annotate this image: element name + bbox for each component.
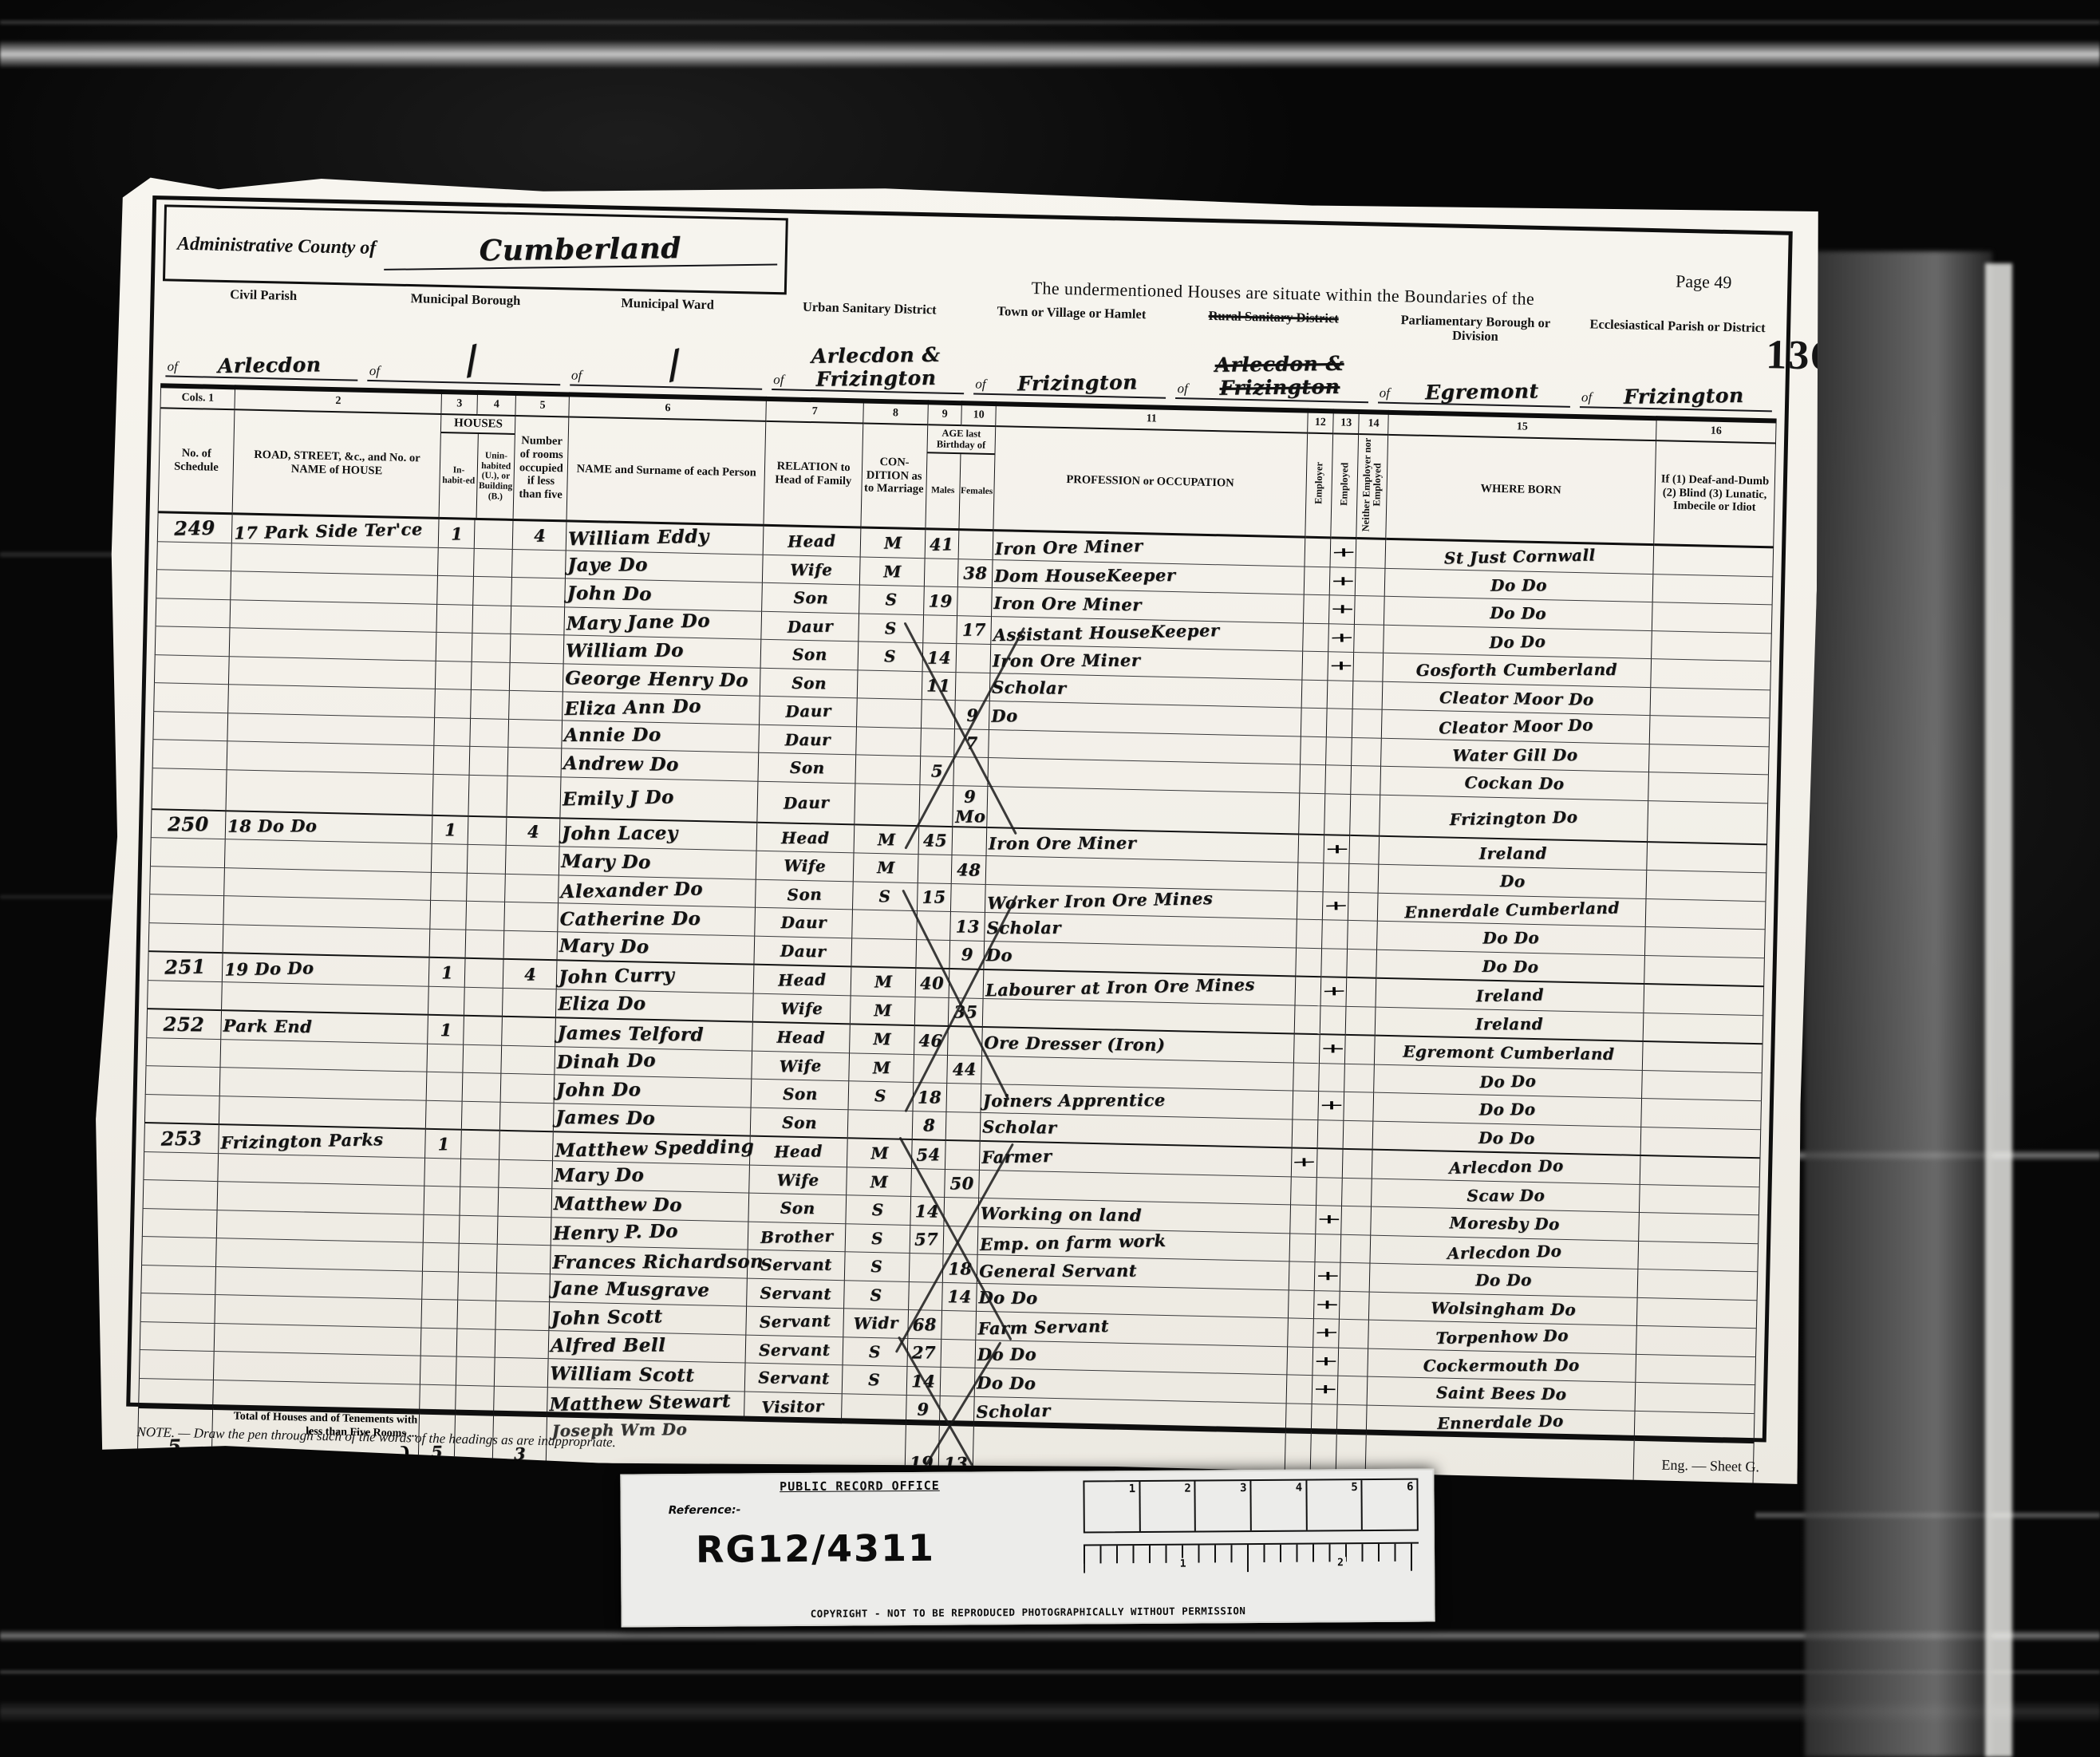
cell-employed-mark: +: [1313, 1319, 1340, 1348]
cell-relation: Servant: [745, 1335, 843, 1365]
cell-inhabited: [436, 661, 472, 689]
cell-rooms: [495, 1301, 550, 1330]
cell-address: [228, 685, 436, 717]
cell-condition: [855, 783, 920, 825]
cell-relation: Servant: [745, 1363, 843, 1393]
cell-name-value: John Do: [567, 582, 653, 605]
cell-where-born-value: Saint Bees Do: [1436, 1383, 1567, 1404]
cell-condition-value: S: [870, 1285, 882, 1305]
cell-inhabited: [436, 632, 472, 661]
district-value: Arlecdon & Frizington: [788, 342, 963, 391]
of-word: of: [571, 367, 582, 383]
cell-name: Emily J Do: [560, 776, 758, 822]
cell-address: [222, 981, 429, 1015]
film-streak: [0, 19, 2100, 26]
cell-inhabited: [432, 774, 469, 815]
header-employer: Employer: [1305, 433, 1332, 538]
cell-schedule-value: 252: [164, 1013, 205, 1036]
cell-infirmity: [1636, 1297, 1757, 1329]
cell-uninhabited: [474, 519, 513, 549]
cell-condition: Widr: [843, 1309, 909, 1338]
header-schedule: No. of Schedule: [158, 408, 235, 514]
cell-condition: M: [859, 556, 925, 586]
cell-inhabited: [424, 1158, 460, 1186]
cell-employed-mark: [1324, 793, 1352, 835]
cell-condition-value: S: [871, 1229, 883, 1248]
cell-uninhabited: [455, 1385, 494, 1415]
district-field-0: Civil ParishofArlecdon: [160, 284, 365, 382]
cell-relation-value: Brother: [760, 1226, 834, 1247]
cell-rooms: [508, 747, 562, 776]
cell-address: [216, 1210, 424, 1242]
cell-relation-value: Son: [783, 1084, 818, 1104]
cell-relation-value: Servant: [759, 1311, 831, 1332]
cell-rooms: [501, 1045, 555, 1075]
cell-address-value: Park End: [223, 1015, 313, 1036]
cell-employer-mark: [1304, 567, 1330, 595]
cell-where-born-value: Do Do: [1482, 957, 1539, 977]
cell-relation-value: Head: [787, 531, 836, 551]
cell-condition: [852, 910, 918, 939]
cell-infirmity: [1637, 1269, 1758, 1300]
cell-rooms: [506, 845, 560, 875]
district-label: Urban Sanitary District: [773, 299, 966, 318]
cell-relation-value: Wife: [784, 856, 826, 876]
cell-infirmity: [1652, 630, 1772, 661]
film-streak: [0, 1669, 2100, 1675]
census-rows: 24917 Park Side Ter'ce14William EddyHead…: [139, 512, 1774, 1443]
cell-relation-value: Head: [781, 828, 830, 847]
cell-occupation-value: Iron Ore Miner: [993, 593, 1142, 614]
cell-uninhabited: [470, 689, 509, 719]
cell-name: William Scott: [548, 1359, 746, 1392]
cell-employed-mark-value: +: [1320, 1039, 1344, 1060]
film-strip: [1985, 263, 2012, 1757]
cell-uninhabited: [465, 930, 504, 959]
cell-employed-mark: [1325, 765, 1352, 794]
cell-relation-value: Son: [780, 1198, 815, 1218]
cell-name: Andrew Do: [561, 748, 759, 781]
cell-relation-value: Servant: [758, 1368, 830, 1388]
cell-rooms: [500, 1102, 555, 1131]
cell-condition: S: [843, 1280, 909, 1309]
cell-name: John Do: [554, 1075, 752, 1108]
cell-address-value: 19 Do Do: [224, 957, 314, 979]
cell-condition-value: M: [874, 972, 892, 991]
cell-employed-mark: [1317, 1119, 1344, 1149]
cell-rooms: [505, 874, 559, 903]
sheet-code: Eng. — Sheet G.: [1661, 1457, 1759, 1476]
census-form: Administrative County of Cumberland The …: [126, 195, 1793, 1442]
cell-age-male-value: 40: [920, 973, 945, 993]
cell-address: [231, 543, 439, 575]
cell-neither-mark: [1350, 794, 1380, 835]
header-name: NAME and Surname of each Person: [566, 417, 766, 525]
cell-condition: M: [847, 1167, 912, 1196]
cell-age-male-value: 57: [914, 1229, 939, 1250]
cell-name: Eliza Ann Do: [562, 692, 760, 725]
col-number-16: 16: [1656, 418, 1776, 443]
cell-age-female: [952, 827, 986, 856]
cell-employed-mark: +: [1324, 835, 1350, 864]
cell-relation-value: Daur: [785, 701, 831, 721]
cell-uninhabited: [460, 1130, 499, 1159]
col-number-7: 7: [766, 399, 863, 424]
cell-uninhabited: [460, 1186, 499, 1216]
cell-schedule: [153, 711, 228, 741]
cell-employed-mark: +: [1314, 1290, 1340, 1319]
cell-schedule: [142, 1237, 217, 1267]
cell-condition: M: [849, 1052, 914, 1082]
of-word: of: [1177, 381, 1188, 397]
col-number-12: 12: [1307, 411, 1333, 434]
cell-age-male: [924, 558, 958, 586]
cell-age-female: [956, 644, 990, 673]
cell-infirmity: [1649, 716, 1770, 747]
cell-employed-mark-value: +: [1324, 839, 1348, 859]
cell-uninhabited: [457, 1300, 496, 1329]
cell-employed-mark: +: [1312, 1347, 1339, 1376]
cell-rooms: [510, 662, 564, 692]
cell-where-born-value: Cockan Do: [1464, 773, 1564, 794]
cell-address: [218, 1153, 425, 1186]
cell-where-born-value: Do Do: [1479, 1071, 1536, 1092]
cell-employer-mark: [1298, 793, 1325, 835]
cell-age-female: 44: [947, 1055, 981, 1084]
cell-address: [213, 1380, 420, 1413]
cm-ruler: 12: [1084, 1542, 1419, 1578]
cell-relation: Wife: [763, 555, 860, 585]
cell-uninhabited: [467, 844, 506, 874]
record-office-plate: PUBLIC RECORD OFFICE Reference:- RG12/43…: [620, 1468, 1435, 1627]
district-value-line: ofFrizington: [973, 356, 1166, 399]
col-number-10: 10: [961, 403, 996, 426]
cell-relation: Son: [762, 582, 859, 613]
cell-relation-value: Daur: [780, 913, 826, 932]
cell-employed-mark: [1321, 948, 1348, 977]
cell-relation-value: Daur: [784, 730, 830, 749]
cell-name-value: Eliza Do: [559, 993, 646, 1015]
cell-age-male-value: 8: [923, 1115, 935, 1135]
cell-name-value: John Curry: [559, 964, 675, 988]
film-streak: [0, 40, 2100, 69]
cell-employed-mark: +: [1314, 1262, 1340, 1291]
cell-where-born-value: Cleator Moor Do: [1439, 716, 1593, 738]
cell-rooms: [503, 988, 557, 1017]
cell-address-value: Frizington Parks: [220, 1129, 383, 1152]
cell-employed-mark: +: [1320, 977, 1347, 1006]
cell-address: [223, 896, 431, 929]
cell-address: 19 Do Do: [222, 953, 429, 986]
cell-employer-mark: [1287, 1318, 1313, 1347]
cell-name-value: James Do: [555, 1107, 655, 1130]
cell-infirmity: [1639, 1212, 1759, 1243]
cell-employer-mark: [1300, 736, 1326, 765]
cell-relation-value: Son: [789, 758, 824, 778]
cell-age-female: 17: [957, 615, 991, 644]
cell-schedule: [146, 1037, 221, 1068]
cell-uninhabited: [472, 633, 511, 662]
cell-address: [216, 1238, 424, 1271]
inch-mark-2: 2: [1139, 1482, 1194, 1531]
cell-name: Catherine Do: [558, 903, 756, 936]
cell-address: [223, 924, 430, 957]
cell-condition: [856, 726, 922, 756]
cell-age-male-value: 18: [918, 1087, 941, 1107]
cell-neither-mark: [1354, 624, 1384, 653]
of-word: of: [167, 358, 178, 374]
cell-relation-value: Son: [787, 884, 822, 904]
cell-where-born-value: Arlecdon Do: [1449, 1156, 1564, 1178]
cell-address: Frizington Parks: [219, 1124, 426, 1158]
cell-name-value: Matthew Stewart: [549, 1390, 731, 1415]
cell-infirmity: [1651, 659, 1771, 690]
cell-schedule: [155, 626, 230, 657]
cell-address: [215, 1266, 423, 1299]
cell-name-value: William Do: [566, 639, 684, 661]
cell-name: Annie Do: [562, 720, 760, 752]
cell-inhabited: [422, 1271, 458, 1300]
cell-neither-mark: [1348, 892, 1378, 921]
cell-employer-mark: [1286, 1375, 1312, 1404]
cell-schedule: [157, 541, 232, 571]
cell-inhabited: [437, 575, 473, 604]
cell-name-value: Andrew Do: [563, 752, 679, 776]
cell-schedule-value: 250: [168, 812, 209, 835]
cell-employer-mark: [1300, 764, 1326, 793]
cell-employed-mark: +: [1316, 1206, 1342, 1234]
header-road: ROAD, STREET, &c., and No. or NAME of HO…: [232, 409, 441, 518]
cell-condition-value: S: [886, 590, 898, 609]
cell-address: [229, 628, 436, 661]
cell-uninhabited: [460, 1159, 499, 1188]
cell-name: Matthew Do: [551, 1189, 749, 1222]
cell-condition: S: [845, 1223, 910, 1253]
cell-condition: M: [849, 1024, 914, 1054]
cell-rooms: [511, 634, 565, 663]
cell-employed-mark: +: [1329, 567, 1356, 595]
cell-employed-mark: +: [1318, 1092, 1344, 1120]
cell-age-female: 13: [950, 912, 985, 941]
cell-age-female-value: 17: [961, 620, 986, 641]
cell-where-born-value: Do Do: [1478, 1128, 1535, 1148]
cell-condition: [857, 669, 922, 699]
cell-occupation-value: Assistant HouseKeeper: [993, 620, 1219, 645]
cell-name: Mary Do: [557, 931, 755, 964]
cell-condition: M: [851, 966, 916, 997]
cell-employer-mark: [1301, 708, 1327, 736]
cell-uninhabited: [473, 548, 512, 578]
cell-name: Mary Jane Do: [564, 606, 762, 639]
cell-uninhabited: [466, 901, 505, 930]
cell-infirmity: [1648, 800, 1768, 844]
cell-uninhabited: [456, 1356, 495, 1386]
cell-neither-mark: [1352, 737, 1381, 766]
cell-name-value: Eliza Ann Do: [564, 695, 701, 720]
cell-schedule: 250: [151, 809, 226, 839]
cell-where-born: Frizington Do: [1380, 795, 1648, 842]
cell-condition: [855, 755, 921, 784]
cell-age-female-value: 9 Mo: [955, 786, 986, 827]
film-streak: [0, 1700, 2100, 1723]
cell-schedule: [152, 768, 227, 811]
cell-where-born-value: Moresby Do: [1450, 1214, 1561, 1234]
cell-name-value: John Scott: [551, 1305, 663, 1329]
district-field-1: Municipal Boroughof/: [362, 289, 566, 387]
cell-condition: S: [852, 881, 918, 910]
cell-neither-mark: [1339, 1319, 1368, 1348]
cell-inhabited: [428, 986, 464, 1016]
cell-schedule-value: 253: [160, 1126, 202, 1150]
cell-age-female: 9 Mo: [953, 785, 988, 827]
cell-employed-mark: +: [1330, 538, 1356, 567]
cell-name-value: Matthew Spedding: [555, 1135, 754, 1161]
cell-age-male-value: 54: [917, 1144, 941, 1165]
cell-neither-mark: [1356, 567, 1385, 596]
cell-age-female-value: 50: [949, 1174, 973, 1194]
cell-neither-mark: [1341, 1206, 1371, 1234]
cell-infirmity: [1640, 1127, 1761, 1158]
district-field-3: Urban Sanitary DistrictofArlecdon & Friz…: [767, 298, 971, 396]
cell-name-value: Annie Do: [564, 725, 661, 747]
cell-relation-value: Visitor: [762, 1396, 825, 1417]
inch-mark-6: 6: [1361, 1480, 1417, 1530]
header-houses: HOUSES: [441, 415, 515, 435]
cell-where-born-value: Do Do: [1479, 1100, 1536, 1119]
cell-rooms: [495, 1357, 549, 1387]
cell-name: Matthew Spedding: [553, 1131, 751, 1164]
film-streak: [1755, 1510, 2100, 1520]
district-field-4: Town or Village or HamletofFrizington: [969, 302, 1173, 400]
district-value-line: ofFrizington: [1580, 369, 1773, 412]
cell-relation: Daur: [761, 611, 859, 642]
cell-name: Dinah Do: [555, 1046, 752, 1079]
cell-where-born-value: Ennerdale Do: [1437, 1411, 1564, 1432]
cell-inhabited: 1: [439, 518, 475, 547]
cell-condition-value: S: [885, 618, 897, 638]
cell-infirmity: [1642, 1041, 1762, 1072]
cell-condition: S: [844, 1252, 910, 1281]
county-label: Administrative County of: [177, 233, 377, 259]
cell-condition-value: M: [870, 1172, 888, 1191]
header-profession: PROFESSION or OCCUPATION: [993, 426, 1308, 537]
cell-where-born-value: Do: [1499, 871, 1525, 890]
col-number-9: 9: [928, 402, 962, 425]
cell-name: Alfred Bell: [548, 1330, 746, 1363]
cell-schedule: 252: [147, 1009, 222, 1039]
cell-condition-value: M: [872, 1058, 890, 1077]
cell-age-female-value: 9: [961, 945, 973, 965]
cell-condition-value: S: [878, 886, 890, 906]
film-streak: [1755, 1149, 2100, 1162]
col-number-1: Cols. 1: [160, 385, 235, 409]
district-label: Civil Parish: [167, 286, 360, 305]
cell-schedule-value: 251: [164, 954, 206, 978]
cell-relation: Servant: [747, 1278, 844, 1309]
cell-schedule: [145, 1066, 220, 1096]
cell-relation: Head: [764, 525, 861, 556]
cell-uninhabited: [468, 815, 507, 845]
cell-employed-mark-value: +: [1324, 895, 1348, 917]
cell-rooms: [496, 1273, 551, 1302]
cell-relation: Son: [748, 1193, 846, 1223]
cell-name-value: Jaye Do: [568, 555, 649, 576]
cell-age-male-value: 14: [927, 647, 951, 667]
cell-employer-mark: [1295, 947, 1321, 977]
cell-neither-mark: [1352, 709, 1382, 737]
cell-where-born-value: Arlecdon Do: [1447, 1241, 1561, 1262]
cell-name-value: Mary Do: [555, 1165, 645, 1186]
cell-neither-mark: [1349, 835, 1379, 864]
cell-occupation-value: General Servant: [979, 1260, 1137, 1281]
county-box: Administrative County of Cumberland: [163, 204, 788, 294]
cell-rooms: [499, 1131, 554, 1160]
page-number: Page 49: [1676, 271, 1732, 294]
cell-employed-mark-value: +: [1321, 981, 1346, 1002]
cell-employer-mark: [1289, 1205, 1316, 1234]
cell-address: [227, 741, 434, 774]
cell-employed-mark-value: +: [1313, 1351, 1337, 1372]
cell-infirmity: [1638, 1241, 1759, 1272]
cell-name: Henry P. Do: [551, 1217, 749, 1250]
cell-where-born-value: Do Do: [1482, 928, 1539, 947]
cell-uninhabited: [470, 718, 509, 748]
cell-occupation: [987, 786, 1300, 834]
cell-employer-mark: [1303, 594, 1329, 623]
cell-occupation-value: Farm Servant: [977, 1316, 1109, 1339]
cell-infirmity: [1646, 871, 1766, 902]
cell-neither-mark: [1340, 1234, 1370, 1263]
cell-age-male: [921, 700, 955, 728]
cell-name: William Do: [563, 635, 761, 668]
cell-inhabited: [426, 1100, 462, 1130]
cell-employed-mark: [1316, 1148, 1343, 1178]
district-value: Arlecdon & Frizington: [1193, 351, 1368, 400]
cell-address: [229, 656, 436, 689]
cell-condition-value: M: [874, 1001, 892, 1020]
cell-employed-mark-value: +: [1331, 543, 1356, 564]
district-field-2: Municipal Wardof/: [565, 293, 769, 391]
cell-name: Jaye Do: [566, 550, 764, 582]
cell-age-female: [946, 1111, 981, 1141]
census-page: 136 Administrative County of Cumberland …: [89, 169, 1826, 1489]
header-females: Females: [958, 454, 994, 529]
cell-age-male-value: 15: [922, 886, 947, 907]
cell-name: Eliza Do: [556, 989, 754, 1021]
district-value: Arlecdon: [183, 353, 357, 378]
cell-relation-value: Servant: [760, 1255, 832, 1274]
cell-employer-mark: [1293, 1062, 1319, 1091]
cell-address: [220, 1039, 428, 1072]
cell-relation-value: Servant: [759, 1340, 831, 1359]
of-word: of: [773, 372, 784, 388]
cell-employer-mark: [1288, 1289, 1314, 1318]
cell-rooms: [497, 1244, 551, 1273]
cell-condition-value: S: [874, 1086, 886, 1105]
cell-employed-mark: [1326, 736, 1352, 765]
cell-employed-mark: +: [1328, 652, 1354, 681]
cell-relation: Brother: [748, 1222, 845, 1252]
cell-neither-mark: [1344, 1120, 1373, 1150]
cell-schedule: [143, 1180, 218, 1210]
cell-relation: Daur: [760, 696, 857, 726]
cell-relation: Daur: [755, 907, 852, 938]
cell-condition: S: [846, 1195, 911, 1225]
cell-where-born-value: Cleator Moor Do: [1439, 688, 1593, 709]
cell-age-male-value: 19: [929, 590, 953, 610]
header-males: Males: [926, 453, 960, 528]
cell-condition-value: M: [870, 1143, 889, 1163]
